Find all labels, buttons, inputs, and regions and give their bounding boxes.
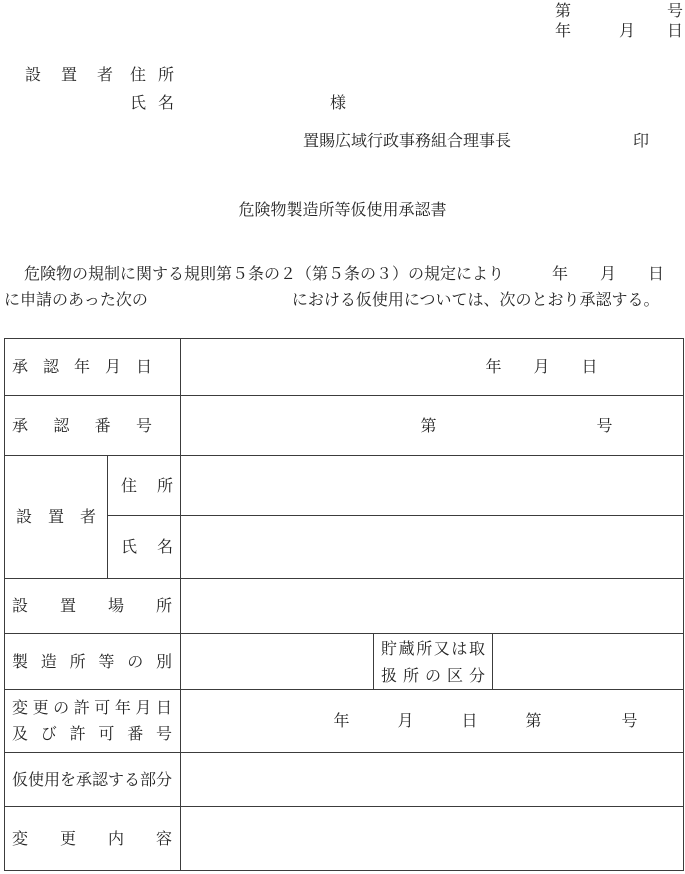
approval-number-placeholder: 第 号 <box>420 415 612 437</box>
approval-date-placeholder: 年 月 日 <box>485 356 597 378</box>
installation-site-value-cell <box>181 579 683 634</box>
installer-label-cell: 設置者 <box>5 456 108 579</box>
permit-value-cell: 年 月 日 第 号 <box>181 690 683 753</box>
permit-label-line2: 及び許可番号 <box>5 721 180 747</box>
facility-type-label-cell: 製造所等の別 <box>5 634 181 690</box>
installer-name-label-cell: 氏名 <box>108 516 181 579</box>
installer-address-label: 住所 <box>108 475 180 497</box>
installation-site-label: 設置場所 <box>5 595 180 617</box>
installation-site-label-cell: 設置場所 <box>5 579 181 634</box>
change-details-label: 変更内容 <box>5 828 180 850</box>
document-title: 危険物製造所等仮使用承認書 <box>0 200 685 220</box>
storage-handling-category-label-line1: 貯蔵所又は取 <box>374 635 492 662</box>
body-paragraph-line2: に申請のあった次の における仮使用については、次のとおり承認する。 <box>4 290 660 310</box>
sender-title: 置賜広域行政事務組合理事長 <box>303 131 511 151</box>
installer-name-label: 氏名 <box>108 536 180 558</box>
document-page: 第 号 年 月 日 設置者 住所 氏名 様 置賜広域行政事務組合理事長 印 危険… <box>0 0 685 874</box>
approval-date-value-cell: 年 月 日 <box>181 339 683 396</box>
installer-address-value-cell <box>181 456 683 516</box>
approval-form-table: 承認年月日 年 月 日 承認番号 第 号 設置者 住所 氏名 設置場所 <box>4 338 684 871</box>
approval-date-label: 承認年月日 <box>5 356 180 378</box>
approved-part-label: 仮使用を承認する部分 <box>5 769 180 791</box>
storage-handling-category-label-cell: 貯蔵所又は取 扱所の区分 <box>374 634 493 690</box>
doc-date-line: 年 月 日 <box>555 21 683 41</box>
approval-number-label: 承認番号 <box>5 415 180 437</box>
installer-address-label-cell: 住所 <box>108 456 181 516</box>
body-paragraph-line1: 危険物の規制に関する規則第５条の２（第５条の３）の規定により 年 月 日 <box>8 264 664 284</box>
approved-part-value-cell <box>181 753 683 807</box>
addressee-installer-label: 設置者 <box>25 65 133 85</box>
addressee-honorific: 様 <box>330 93 346 113</box>
installer-name-value-cell <box>181 516 683 579</box>
storage-handling-category-value-cell <box>493 634 683 690</box>
permit-label-cell: 変更の許可年月日 及び許可番号 <box>5 690 181 753</box>
change-details-value-cell <box>181 807 683 870</box>
addressee-address-label: 住所 <box>130 65 186 85</box>
installer-label: 設置者 <box>5 506 107 528</box>
seal-mark: 印 <box>633 131 649 151</box>
change-details-label-cell: 変更内容 <box>5 807 181 870</box>
storage-handling-category-label-line2: 扱所の区分 <box>374 662 492 689</box>
addressee-name-label: 氏名 <box>130 93 186 113</box>
facility-type-label: 製造所等の別 <box>5 651 180 673</box>
permit-placeholder: 年 月 日 第 号 <box>333 710 637 732</box>
permit-label-line1: 変更の許可年月日 <box>5 695 180 721</box>
approval-date-label-cell: 承認年月日 <box>5 339 181 396</box>
approval-number-value-cell: 第 号 <box>181 396 683 456</box>
approval-number-label-cell: 承認番号 <box>5 396 181 456</box>
facility-type-value-cell <box>181 634 374 690</box>
doc-number-line: 第 号 <box>555 1 683 21</box>
approved-part-label-cell: 仮使用を承認する部分 <box>5 753 181 807</box>
